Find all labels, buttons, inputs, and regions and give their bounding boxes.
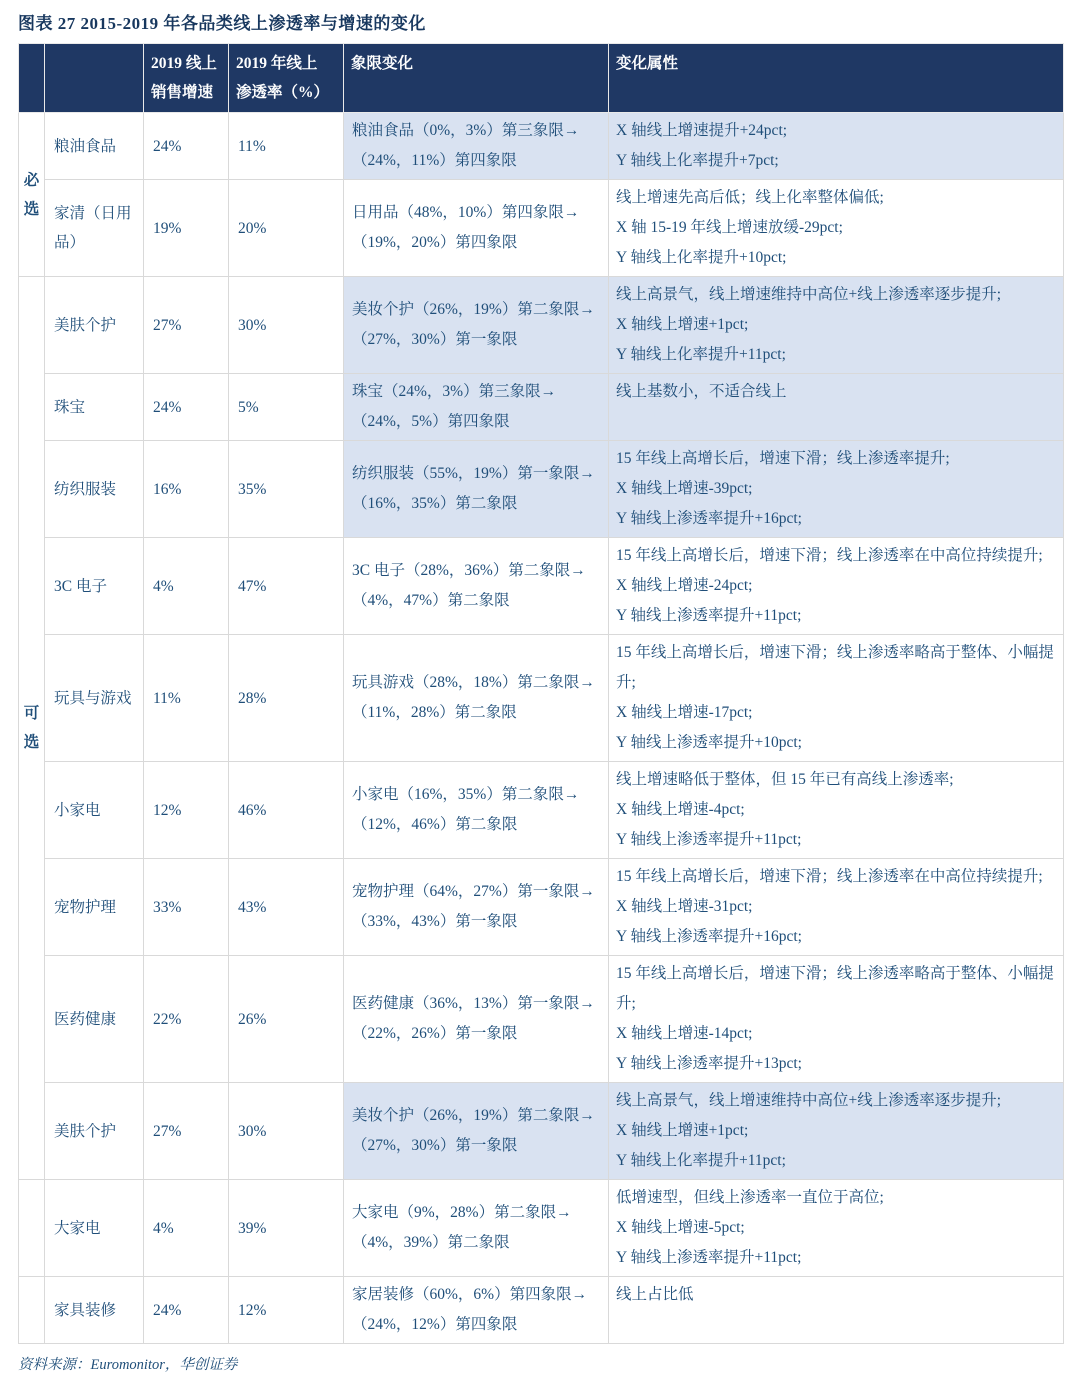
quadrant-cell: 大家电（9%，28%）第二象限→（4%，39%）第二象限 bbox=[344, 1180, 609, 1277]
source-note: 资料来源：Euromonitor，华创证券 bbox=[18, 1353, 1063, 1374]
quadrant-cell: 家居装修（60%，6%）第四象限→（24%，12%）第四象限 bbox=[344, 1277, 609, 1344]
attributes-cell: 15 年线上高增长后，增速下滑；线上渗透率略高于整体、小幅提升; X 轴线上增速… bbox=[609, 956, 1064, 1083]
category-cell: 纺织服装 bbox=[45, 441, 144, 538]
table-row: 可 选美肤个护27%30%美妆个护（26%，19%）第二象限→（27%，30%）… bbox=[19, 277, 1064, 374]
group-label-2 bbox=[19, 1180, 45, 1277]
category-penetration-table: 2019 线上 销售增速2019 年线上 渗透率（%）象限变化变化属性 必 选粮… bbox=[18, 43, 1064, 1344]
attributes-cell: 15 年线上高增长后，增速下滑；线上渗透率在中高位持续提升; X 轴线上增速-3… bbox=[609, 859, 1064, 956]
penetration-cell: 30% bbox=[229, 277, 344, 374]
attributes-cell: X 轴线上增速提升+24pct; Y 轴线上化率提升+7pct; bbox=[609, 113, 1064, 180]
table-row: 美肤个护27%30%美妆个护（26%，19%）第二象限→（27%，30%）第一象… bbox=[19, 1083, 1064, 1180]
table-header-row: 2019 线上 销售增速2019 年线上 渗透率（%）象限变化变化属性 bbox=[19, 44, 1064, 113]
group-label-0: 必 选 bbox=[19, 113, 45, 277]
growth-cell: 16% bbox=[144, 441, 229, 538]
penetration-cell: 39% bbox=[229, 1180, 344, 1277]
quadrant-cell: 粮油食品（0%，3%）第三象限→（24%，11%）第四象限 bbox=[344, 113, 609, 180]
category-cell: 家清（日用品） bbox=[45, 180, 144, 277]
attributes-cell: 线上基数小，不适合线上 bbox=[609, 374, 1064, 441]
penetration-cell: 20% bbox=[229, 180, 344, 277]
column-header-0 bbox=[19, 44, 45, 113]
penetration-cell: 47% bbox=[229, 538, 344, 635]
table-row: 医药健康22%26%医药健康（36%，13%）第一象限→（22%，26%）第一象… bbox=[19, 956, 1064, 1083]
quadrant-cell: 纺织服装（55%，19%）第一象限→（16%，35%）第二象限 bbox=[344, 441, 609, 538]
table-row: 家具装修24%12%家居装修（60%，6%）第四象限→（24%，12%）第四象限… bbox=[19, 1277, 1064, 1344]
category-cell: 美肤个护 bbox=[45, 1083, 144, 1180]
category-cell: 粮油食品 bbox=[45, 113, 144, 180]
quadrant-cell: 小家电（16%，35%）第二象限→（12%，46%）第二象限 bbox=[344, 762, 609, 859]
penetration-cell: 11% bbox=[229, 113, 344, 180]
table-row: 珠宝24%5%珠宝（24%，3%）第三象限→（24%，5%）第四象限线上基数小，… bbox=[19, 374, 1064, 441]
attributes-cell: 线上占比低 bbox=[609, 1277, 1064, 1344]
category-cell: 珠宝 bbox=[45, 374, 144, 441]
quadrant-cell: 医药健康（36%，13%）第一象限→（22%，26%）第一象限 bbox=[344, 956, 609, 1083]
quadrant-cell: 玩具游戏（28%，18%）第二象限→（11%，28%）第二象限 bbox=[344, 635, 609, 762]
attributes-cell: 15 年线上高增长后，增速下滑；线上渗透率在中高位持续提升; X 轴线上增速-2… bbox=[609, 538, 1064, 635]
group-label-3 bbox=[19, 1277, 45, 1344]
penetration-cell: 43% bbox=[229, 859, 344, 956]
category-cell: 3C 电子 bbox=[45, 538, 144, 635]
column-header-4: 象限变化 bbox=[344, 44, 609, 113]
quadrant-cell: 日用品（48%，10%）第四象限→（19%，20%）第四象限 bbox=[344, 180, 609, 277]
attributes-cell: 线上高景气，线上增速维持中高位+线上渗透率逐步提升; X 轴线上增速+1pct;… bbox=[609, 1083, 1064, 1180]
attributes-cell: 线上高景气，线上增速维持中高位+线上渗透率逐步提升; X 轴线上增速+1pct;… bbox=[609, 277, 1064, 374]
penetration-cell: 5% bbox=[229, 374, 344, 441]
growth-cell: 19% bbox=[144, 180, 229, 277]
quadrant-cell: 宠物护理（64%，27%）第一象限→（33%，43%）第一象限 bbox=[344, 859, 609, 956]
growth-cell: 4% bbox=[144, 1180, 229, 1277]
quadrant-cell: 3C 电子（28%，36%）第二象限→（4%，47%）第二象限 bbox=[344, 538, 609, 635]
attributes-cell: 低增速型，但线上渗透率一直位于高位; X 轴线上增速-5pct; Y 轴线上渗透… bbox=[609, 1180, 1064, 1277]
growth-cell: 12% bbox=[144, 762, 229, 859]
category-cell: 大家电 bbox=[45, 1180, 144, 1277]
table-row: 纺织服装16%35%纺织服装（55%，19%）第一象限→（16%，35%）第二象… bbox=[19, 441, 1064, 538]
table-row: 玩具与游戏11%28%玩具游戏（28%，18%）第二象限→（11%，28%）第二… bbox=[19, 635, 1064, 762]
growth-cell: 27% bbox=[144, 1083, 229, 1180]
penetration-cell: 35% bbox=[229, 441, 344, 538]
category-cell: 美肤个护 bbox=[45, 277, 144, 374]
growth-cell: 11% bbox=[144, 635, 229, 762]
penetration-cell: 28% bbox=[229, 635, 344, 762]
category-cell: 宠物护理 bbox=[45, 859, 144, 956]
group-label-1: 可 选 bbox=[19, 277, 45, 1180]
category-cell: 小家电 bbox=[45, 762, 144, 859]
attributes-cell: 15 年线上高增长后，增速下滑；线上渗透率略高于整体、小幅提升; X 轴线上增速… bbox=[609, 635, 1064, 762]
quadrant-cell: 珠宝（24%，3%）第三象限→（24%，5%）第四象限 bbox=[344, 374, 609, 441]
penetration-cell: 30% bbox=[229, 1083, 344, 1180]
category-cell: 家具装修 bbox=[45, 1277, 144, 1344]
quadrant-cell: 美妆个护（26%，19%）第二象限→（27%，30%）第一象限 bbox=[344, 1083, 609, 1180]
table-row: 家清（日用品）19%20%日用品（48%，10%）第四象限→（19%，20%）第… bbox=[19, 180, 1064, 277]
figure-title: 图表 27 2015-2019 年各品类线上渗透率与增速的变化 bbox=[18, 9, 1063, 34]
attributes-cell: 线上增速略低于整体，但 15 年已有高线上渗透率; X 轴线上增速-4pct; … bbox=[609, 762, 1064, 859]
column-header-5: 变化属性 bbox=[609, 44, 1064, 113]
column-header-1 bbox=[45, 44, 144, 113]
growth-cell: 33% bbox=[144, 859, 229, 956]
growth-cell: 24% bbox=[144, 374, 229, 441]
penetration-cell: 26% bbox=[229, 956, 344, 1083]
penetration-cell: 12% bbox=[229, 1277, 344, 1344]
growth-cell: 24% bbox=[144, 1277, 229, 1344]
growth-cell: 22% bbox=[144, 956, 229, 1083]
table-row: 必 选粮油食品24%11%粮油食品（0%，3%）第三象限→（24%，11%）第四… bbox=[19, 113, 1064, 180]
report-figure: 图表 27 2015-2019 年各品类线上渗透率与增速的变化 2019 线上 … bbox=[0, 0, 1080, 1374]
attributes-cell: 线上增速先高后低；线上化率整体偏低; X 轴 15-19 年线上增速放缓-29p… bbox=[609, 180, 1064, 277]
table-row: 大家电4%39%大家电（9%，28%）第二象限→（4%，39%）第二象限低增速型… bbox=[19, 1180, 1064, 1277]
column-header-2: 2019 线上 销售增速 bbox=[144, 44, 229, 113]
category-cell: 医药健康 bbox=[45, 956, 144, 1083]
column-header-3: 2019 年线上 渗透率（%） bbox=[229, 44, 344, 113]
penetration-cell: 46% bbox=[229, 762, 344, 859]
table-row: 小家电12%46%小家电（16%，35%）第二象限→（12%，46%）第二象限线… bbox=[19, 762, 1064, 859]
quadrant-cell: 美妆个护（26%，19%）第二象限→（27%，30%）第一象限 bbox=[344, 277, 609, 374]
growth-cell: 27% bbox=[144, 277, 229, 374]
growth-cell: 24% bbox=[144, 113, 229, 180]
table-row: 宠物护理33%43%宠物护理（64%，27%）第一象限→（33%，43%）第一象… bbox=[19, 859, 1064, 956]
category-cell: 玩具与游戏 bbox=[45, 635, 144, 762]
table-row: 3C 电子4%47%3C 电子（28%，36%）第二象限→（4%，47%）第二象… bbox=[19, 538, 1064, 635]
growth-cell: 4% bbox=[144, 538, 229, 635]
attributes-cell: 15 年线上高增长后，增速下滑；线上渗透率提升; X 轴线上增速-39pct; … bbox=[609, 441, 1064, 538]
